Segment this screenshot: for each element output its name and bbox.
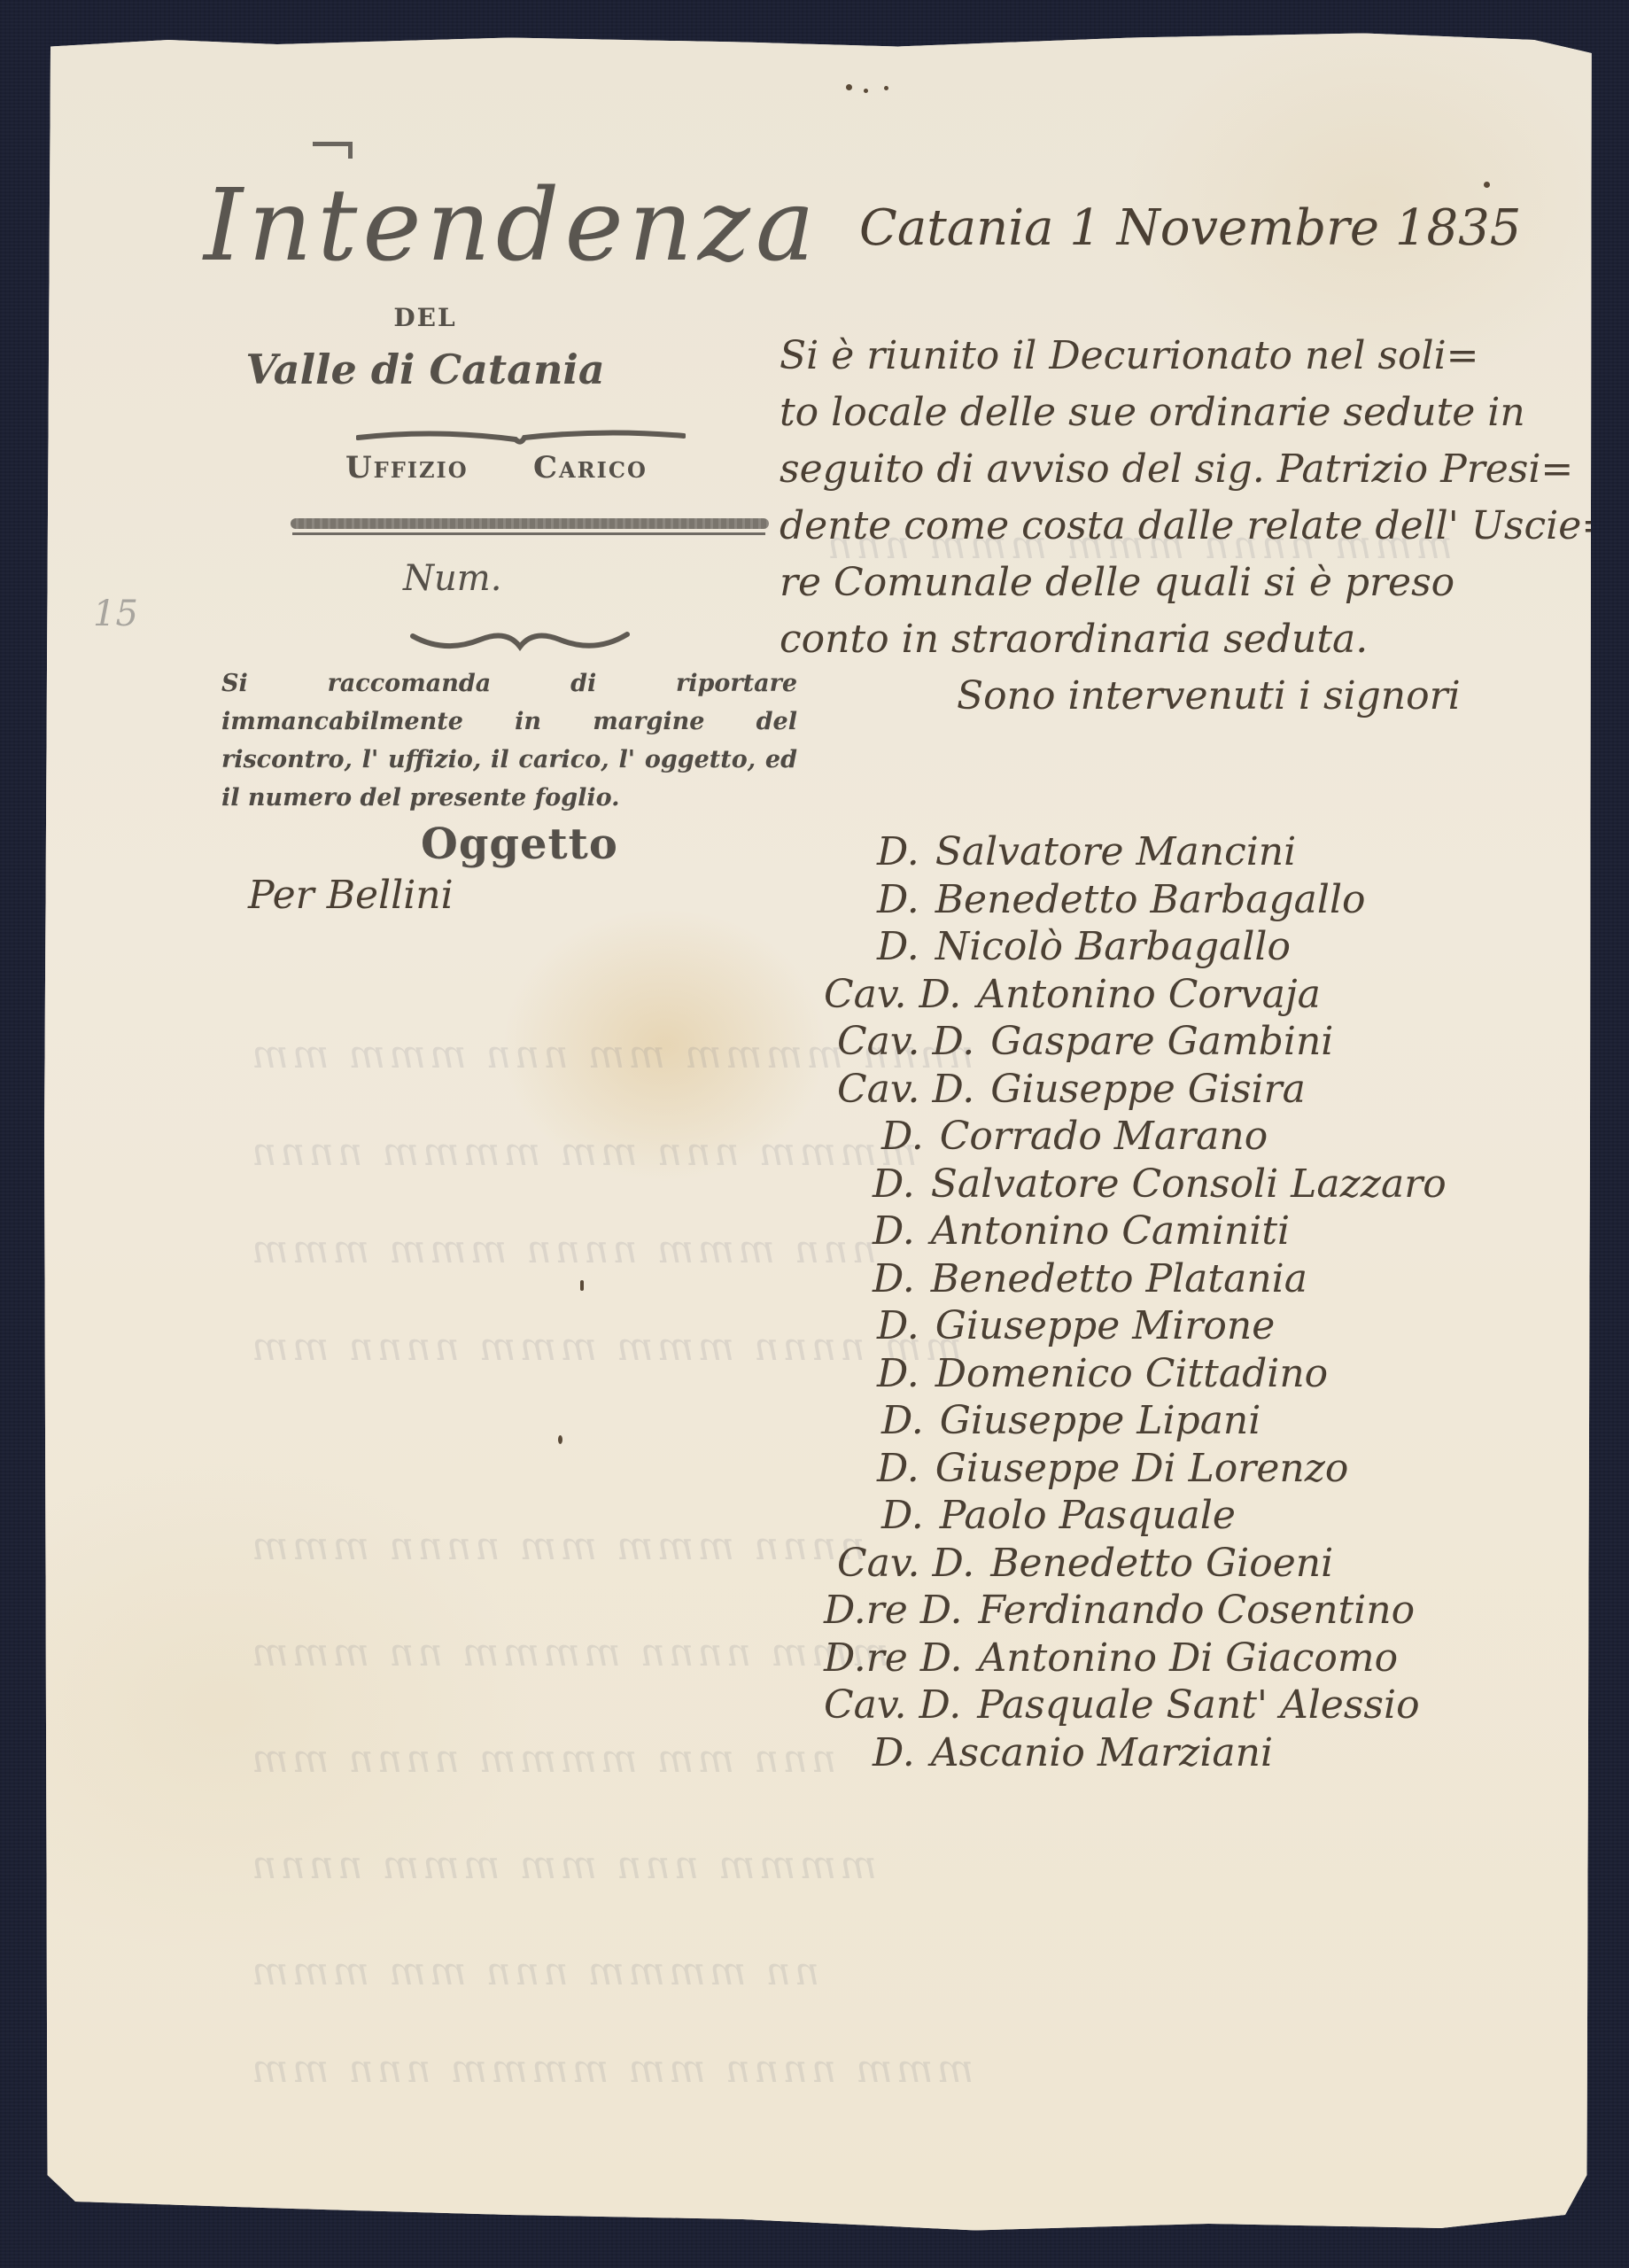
bleed-through-texture: mmm nnnn mm mmmm nnn mm [248,2047,974,2092]
bleed-through-texture: nnnn mmm mm nnnn mmm [248,1524,865,1569]
attendee-item: Cav. D.Pasquale Sant' Alessio [824,1682,1532,1729]
attendee-item: D.Antonino Caminiti [824,1208,1532,1255]
ornament-swash-icon [356,427,686,447]
bleed-through-texture: mmm nnnn mmmm nn mmm [248,1630,888,1675]
attendee-item: D.Salvatore Mancini [824,828,1532,876]
letterhead-title: Intendenza [204,168,771,283]
attendee-title: D. [881,1492,924,1540]
subject-label: Oggetto [421,819,618,869]
attendee-item: D.re D.Ferdinando Cosentino [824,1587,1532,1635]
attendee-title: D.re D. [824,1635,962,1682]
attendee-title: D.re D. [824,1587,962,1635]
bleed-through-texture: nnn mm mmmm nnnn mm [248,1736,836,1782]
bleed-through-texture: mmmm nnn mm mmmm nnnn [248,1130,918,1175]
place-date: Catania 1 Novembre 1835 [859,199,1521,257]
attendee-name: Gaspare Gambini [990,1019,1333,1064]
ink-speck [580,1280,584,1291]
attendee-title: D. [873,1729,915,1777]
ink-speck [884,86,888,90]
attendee-title: D. [877,828,919,876]
attendee-title: D. [873,1161,915,1208]
attendee-name: Benedetto Barbagallo [935,877,1366,922]
charge-label: Carico [533,450,648,485]
attendee-item: D.Giuseppe Di Lorenzo [824,1445,1532,1493]
attendee-name: Giuseppe Mirone [935,1303,1276,1348]
attendee-title: D. [877,1445,919,1493]
attendee-name: Giuseppe Lipani [940,1398,1261,1443]
letterhead-del: DEL [44,303,806,332]
ornament-tilde-icon [409,629,631,656]
printed-rule-thin [292,532,765,535]
bleed-through-texture: nn mmmm nnn mm mmm [248,1949,819,1994]
attendee-name: Ascanio Marziani [931,1730,1273,1775]
number-label: Num. [403,558,501,599]
attendee-item: Cav. D.Antonino Corvaja [824,971,1532,1019]
attendee-title: D. [877,923,919,971]
attendee-title: Cav. D. [837,1018,974,1066]
attendee-name: Benedetto Gioeni [990,1541,1333,1586]
attendee-name: Salvatore Mancini [935,829,1297,874]
attendee-title: Cav. D. [837,1540,974,1588]
attendee-name: Paolo Pasquale [940,1493,1236,1538]
attendee-title: D. [873,1208,915,1255]
printed-rule [291,518,769,529]
letter-body: Si è riunito il Decurionato nel soli= to… [780,328,1559,725]
attendee-title: Cav. D. [824,971,961,1019]
attendee-name: Salvatore Consoli Lazzaro [931,1161,1447,1207]
attendee-name: Domenico Cittadino [935,1351,1328,1396]
document-sheet: mmm nnnn mmm mmm nnn nnnn mmmm mm nnn mm… [44,27,1596,2241]
body-line: to locale delle sue ordinarie sedute in [780,384,1559,441]
attendee-item: D.Benedetto Barbagallo [824,876,1532,924]
printed-corner-mark [313,142,353,159]
attendee-title: Cav. D. [837,1066,974,1114]
attendee-name: Pasquale Sant' Alessio [977,1682,1419,1728]
attendee-title: D. [877,1302,919,1350]
attendee-title: D. [881,1113,924,1161]
attendee-name: Ferdinando Cosentino [978,1588,1415,1633]
attendee-item: D.Salvatore Consoli Lazzaro [824,1161,1532,1208]
attendee-title: Cav. D. [824,1682,961,1729]
ink-speck [846,84,852,90]
body-line: seguito di avviso del sig. Patrizio Pres… [780,441,1559,498]
attendee-item: D.Ascanio Marziani [824,1729,1532,1777]
attendees-intro: Sono intervenuti i signori [780,668,1559,725]
attendee-item: Cav. D.Giuseppe Gisira [824,1066,1532,1114]
attendee-item: D.Corrado Marano [824,1113,1532,1161]
attendee-item: D.Giuseppe Lipani [824,1397,1532,1445]
subject-value: Per Bellini [248,873,454,918]
ink-speck [558,1435,562,1444]
attendee-item: D.Giuseppe Mirone [824,1302,1532,1350]
attendee-name: Antonino Caminiti [931,1208,1290,1254]
attendee-title: D. [877,876,919,924]
body-line: Si è riunito il Decurionato nel soli= [780,328,1559,384]
attendee-item: Cav. D.Gaspare Gambini [824,1018,1532,1066]
body-line: conto in straordinaria seduta. [780,611,1559,668]
attendee-list: D.Salvatore Mancini D.Benedetto Barbagal… [824,828,1532,1776]
letterhead-province: Valle di Catania [44,346,806,393]
attendee-name: Corrado Marano [940,1114,1268,1159]
attendee-title: D. [881,1397,924,1445]
printed-notice: Si raccomanda di riportare immancabilmen… [221,664,797,817]
bleed-through-texture: nnn mmm nnnn mmm mmm [248,1227,877,1272]
office-label: Uffizio [345,450,469,485]
attendee-item: D.Domenico Cittadino [824,1350,1532,1398]
body-line: re Comunale delle quali si è preso [780,555,1559,611]
attendee-name: Antonino Di Giacomo [978,1635,1398,1681]
attendee-title: D. [877,1350,919,1398]
attendee-name: Antonino Corvaja [977,972,1321,1017]
bleed-through-texture: mmmm nnn mm mmm nnnn [248,1843,877,1888]
attendee-name: Nicolò Barbagallo [935,924,1291,969]
attendee-name: Giuseppe Gisira [990,1067,1306,1112]
attendee-item: Cav. D.Benedetto Gioeni [824,1540,1532,1588]
attendee-title: D. [873,1255,915,1303]
ink-speck [1484,182,1490,188]
body-line: dente come costa dalle relate dell' Usci… [780,498,1559,555]
attendee-item: D.Paolo Pasquale [824,1492,1532,1540]
attendee-name: Giuseppe Di Lorenzo [935,1446,1349,1491]
attendee-item: D.Nicolò Barbagallo [824,923,1532,971]
attendee-item: D.re D.Antonino Di Giacomo [824,1635,1532,1682]
attendee-item: D.Benedetto Platania [824,1255,1532,1303]
attendee-name: Benedetto Platania [931,1256,1307,1301]
folio-number: 15 [93,594,138,634]
ink-speck [864,89,868,93]
